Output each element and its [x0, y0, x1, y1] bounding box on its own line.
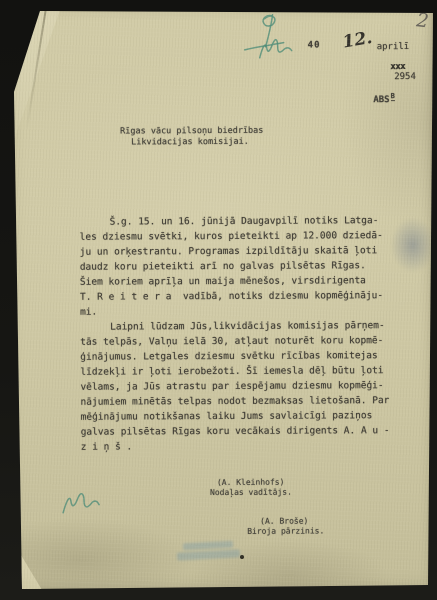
recipient-line-2: Likvidacijas komisijai. [131, 137, 249, 148]
body-line: Š.g. 15. un 16. jūnijā Daugavpilī notiks… [80, 213, 410, 230]
document-paper: 40 12. aprilī xxx 2954 2 ABSB Rīgas vācu… [0, 0, 437, 600]
reference-number: 2954 [394, 72, 416, 82]
signature-name-2: (A. Broše) [260, 517, 308, 526]
body-line: ju un orķestrantu. Programas izpildītāju… [80, 243, 410, 260]
abs-stamp: ABSB [330, 82, 395, 115]
body-line: mi. [80, 303, 410, 320]
abs-stamp-superscript: B [391, 92, 395, 101]
body-line: les dziesmu svētki, kuros pieteikti ap 1… [80, 228, 410, 245]
body-line: nājumiem minētās telpas nodot bezmaksas … [80, 393, 410, 410]
handwritten-green-monogram-bottom [59, 491, 103, 517]
body-line: ģinājumus. Letgales dziesmu svētku rīcīb… [80, 348, 410, 365]
handwritten-green-monogram [256, 38, 296, 62]
signature-name-1: (A. Kleinhofs) [217, 478, 284, 487]
body-line: mēģinājumu notikšanas laiku Jums savlaic… [81, 408, 411, 425]
body-line: Šiem koriem aprīļa un maija mēnešos, vir… [80, 273, 410, 290]
scan-background: 40 12. aprilī xxx 2954 2 ABSB Rīgas vācu… [0, 0, 437, 600]
handwritten-date-day: 12. [341, 28, 373, 53]
body-line: z i ņ š . [81, 438, 411, 455]
body-line: tās telpās, Valņu ielā 30, atļaut noturē… [80, 333, 410, 350]
body-line: līdzekļi ir ļoti ierobežoti. Šī iemesla … [80, 363, 410, 380]
signature-title-2: Biroja pārzinis. [247, 526, 324, 535]
signature-title-1: Nodaļas vadītājs. [210, 488, 292, 497]
body-line: T. R e i t e r a vadībā, notiks dziesmu … [80, 288, 410, 305]
body-line: vēlams, ja Jūs atrastu par iespējamu dzi… [80, 378, 410, 395]
body-line: galvas pilsētas Rīgas koru vecākais diri… [81, 423, 411, 440]
recipient-line-1: Rīgas vācu pilsoņu biedrības [120, 126, 263, 137]
page-number-pencil: 2 [415, 9, 430, 32]
letter-body: Š.g. 15. un 16. jūnijā Daugavpilī notiks… [80, 213, 411, 455]
typed-number: 40 [308, 40, 321, 50]
body-line: daudz koru pieteikti arī no galvas pilsē… [80, 258, 410, 275]
typed-month: aprilī [377, 42, 410, 52]
body-line: Laipni lūdzam Jūs,likvidācijas komisijas… [80, 318, 410, 335]
crossed-out-mark: xxx [390, 62, 405, 72]
